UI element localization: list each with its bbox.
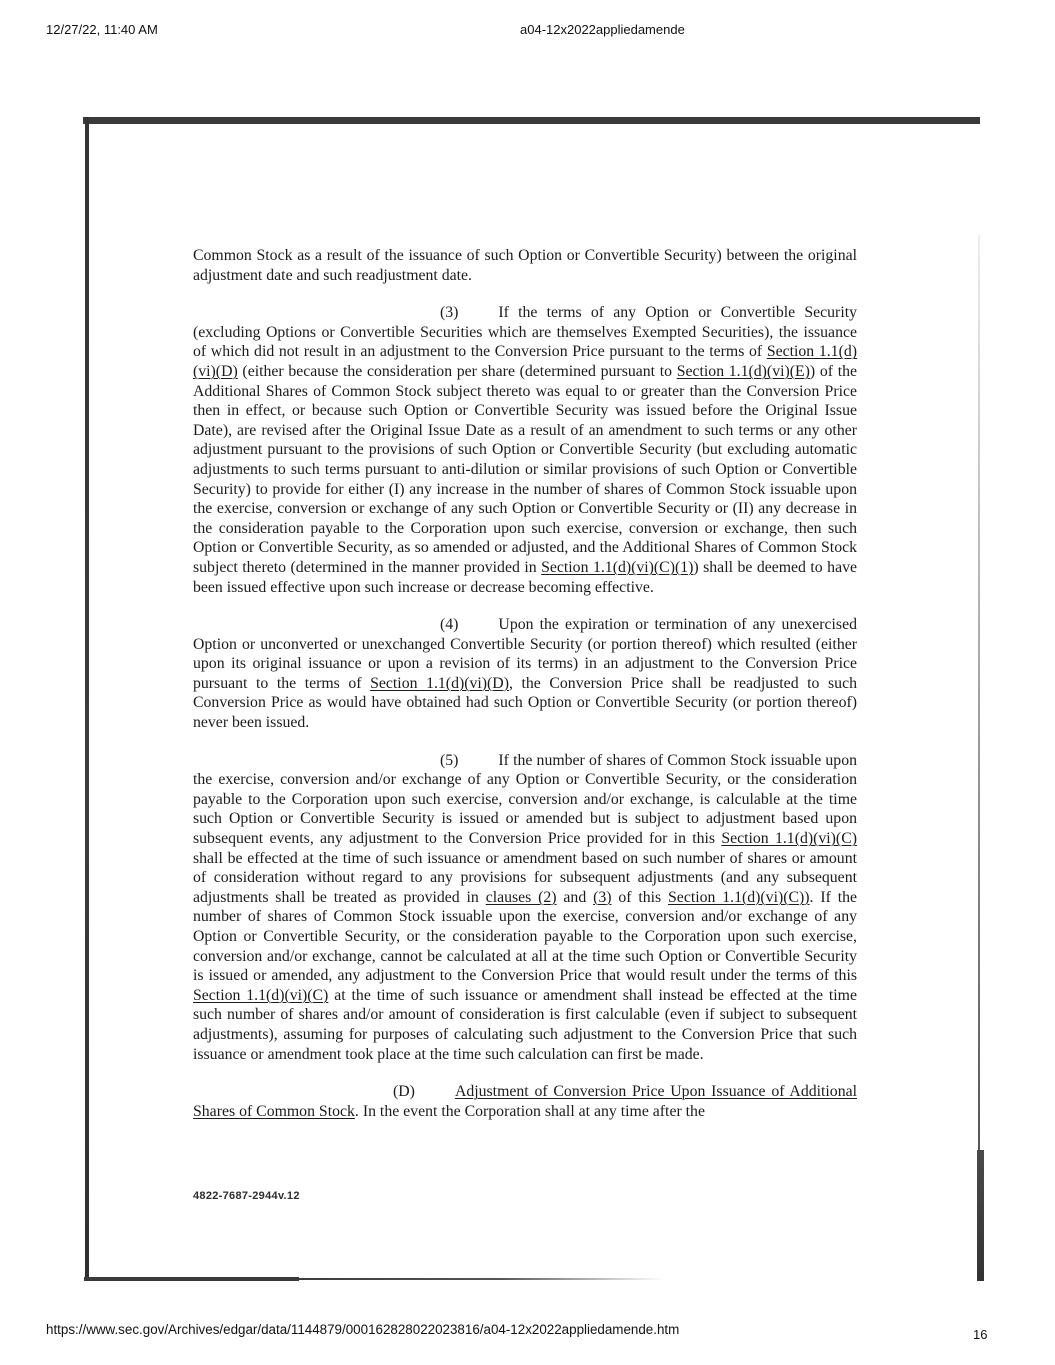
paragraph-number: (3) xyxy=(440,304,458,321)
underlined-reference: Section 1.1(d)(vi)(E) xyxy=(677,363,810,380)
header-datetime: 12/27/22, 11:40 AM xyxy=(46,22,158,37)
paragraph-number: (5) xyxy=(440,752,458,769)
text-run: and xyxy=(557,889,594,906)
paragraph: (5)If the number of shares of Common Sto… xyxy=(193,751,857,1065)
page-border-right-lower xyxy=(977,1150,984,1281)
paragraph: (D)Adjustment of Conversion Price Upon I… xyxy=(193,1082,857,1121)
document-text: Common Stock as a result of the issuance… xyxy=(193,246,857,1139)
footer-page-number: 16 xyxy=(973,1327,987,1342)
underlined-reference: Section 1.1(d)(vi)(C) xyxy=(193,987,328,1004)
page-border-top xyxy=(83,117,980,124)
underlined-reference: Section 1.1(d)(vi)(C)) xyxy=(668,889,810,906)
underlined-reference: (3) xyxy=(593,889,611,906)
underlined-reference: clauses (2) xyxy=(486,889,557,906)
text-run: ) of the Additional Shares of Common Sto… xyxy=(193,363,857,576)
scanned-document-page: { "header": { "datetime": "12/27/22, 11:… xyxy=(0,0,1055,1365)
text-run: If the terms of any Option or Convertibl… xyxy=(193,304,857,360)
paragraph: (4)Upon the expiration or termination of… xyxy=(193,615,857,733)
text-run: of this xyxy=(612,889,669,906)
page-border-right-upper xyxy=(978,235,980,1150)
underlined-reference: Section 1.1(d)(vi)(D) xyxy=(370,675,509,692)
footer-url: https://www.sec.gov/Archives/edgar/data/… xyxy=(46,1322,679,1337)
underlined-reference: Section 1.1(d)(vi)(C)(1) xyxy=(541,559,693,576)
document-control-number: 4822-7687-2944v.12 xyxy=(193,1190,300,1202)
paragraph: (3)If the terms of any Option or Convert… xyxy=(193,303,857,597)
underlined-reference: Section 1.1(d)(vi)(C) xyxy=(721,830,857,847)
text-run: . In the event the Corporation shall at … xyxy=(355,1103,705,1120)
page-border-bottom-right xyxy=(299,1278,664,1280)
header-doc-title: a04-12x2022appliedamende xyxy=(520,22,685,37)
paragraph-number: (4) xyxy=(440,616,458,633)
text-run: (either because the consideration per sh… xyxy=(238,363,677,380)
text-run: Common Stock as a result of the issuance… xyxy=(193,247,857,284)
page-border-bottom-left xyxy=(84,1277,299,1281)
page-border-left xyxy=(85,117,89,1281)
paragraph: Common Stock as a result of the issuance… xyxy=(193,246,857,285)
paragraph-number: (D) xyxy=(393,1083,415,1100)
